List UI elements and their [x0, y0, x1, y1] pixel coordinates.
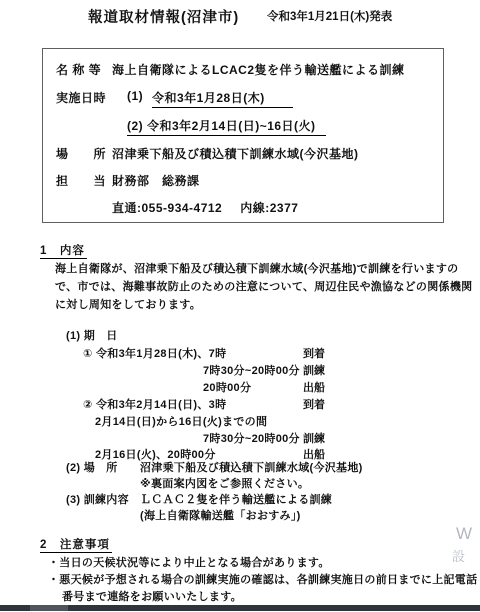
- section1-heading-wrap: 1 内容: [40, 241, 87, 259]
- horizontal-scrollbar-track[interactable]: [0, 605, 480, 611]
- summary-box: 名 称 等 海上自衛隊によるLCAC2隻を伴う輸送艦による訓練 実施日時 (1)…: [42, 48, 444, 223]
- place-value: 沼津乗下船及び積込積下訓練水域(今沢基地): [112, 145, 359, 162]
- horizontal-scrollbar-thumb[interactable]: [30, 605, 68, 611]
- schedule-tag: 訓練: [303, 430, 325, 446]
- section2-heading: 2 注意事項: [40, 539, 112, 553]
- schedule-tag: 到着: [303, 396, 325, 412]
- training-item-note: (海上自衛隊輸送艦「おおすみ」): [140, 507, 301, 523]
- section1-heading: 1 内容: [40, 245, 87, 259]
- date2-value: (2) 令和3年2月14日(日)~16日(火): [127, 117, 326, 136]
- schedule-line: 20時00分: [203, 379, 251, 395]
- schedule-line: 7時30分~20時00分: [203, 362, 300, 378]
- schedule-tag: 訓練: [303, 362, 325, 378]
- phone-direct: 直通:055-934-4712: [112, 201, 222, 215]
- schedule-line: 7時30分~20時00分: [203, 430, 300, 446]
- training-item-value: ＬＣＡＣ２隻を伴う輸送艦による訓練: [140, 491, 332, 507]
- note-bullet-continuation: 番号まで連絡をお願いいたします。: [62, 588, 242, 604]
- staff-label: 担 当: [56, 172, 106, 189]
- schedule-tag: 到着: [303, 345, 325, 361]
- period-label: (1) 期 日: [66, 327, 118, 343]
- place-item-label: (2) 場 所: [66, 459, 118, 475]
- staff-value: 財務部 総務課: [112, 172, 200, 189]
- phone-extension: 内線:2377: [240, 201, 298, 215]
- schedule-tag: 出船: [303, 379, 325, 395]
- schedule-line: ① 令和3年1月28日(木)、7時: [83, 345, 226, 361]
- training-item-label: (3) 訓練内容: [66, 491, 129, 507]
- page-title: 報道取材情報(沼津市): [88, 6, 239, 27]
- schedule-line: 2月14日(日)から16日(火)までの間: [95, 413, 267, 429]
- background-partial-text: W: [456, 524, 472, 544]
- place-item-note: ※裏面案内図をご参照ください。: [140, 475, 309, 491]
- paragraph-line: に対し周知をしております。: [55, 296, 201, 312]
- paragraph-line: 海上自衛隊が、沼津乗下船及び積込積下訓練水域(今沢基地)で訓練を行いますの: [55, 260, 458, 276]
- schedule-line: ② 令和3年2月14日(日)、3時: [83, 396, 226, 412]
- date1-number: (1): [127, 89, 143, 103]
- section2-heading-wrap: 2 注意事項: [40, 535, 112, 553]
- publish-date: 令和3年1月21日(木)発表: [267, 8, 392, 24]
- place-item-value: 沼津乗下船及び積込積下訓練水域(今沢基地): [140, 459, 363, 475]
- datetime-label: 実施日時: [56, 89, 106, 106]
- note-bullet: ・悪天候が予想される場合の訓練実施の確認は、各訓練実施日の前日までに上記電話: [48, 571, 477, 587]
- paragraph-line: で、市では、海難事故防止のための注意について、周辺住民や漁協などの関係機関: [55, 278, 472, 294]
- name-value: 海上自衛隊によるLCAC2隻を伴う輸送艦による訓練: [112, 61, 405, 78]
- note-bullet: ・当日の天候状況等により中止となる場合があります。: [48, 554, 330, 570]
- phone-row: 直通:055-934-4712内線:2377: [112, 199, 298, 216]
- date1-value: 令和3年1月28日(木): [152, 89, 293, 108]
- name-label: 名 称 等: [56, 61, 101, 78]
- background-partial-text: 設: [452, 546, 465, 565]
- place-label: 場 所: [56, 145, 106, 162]
